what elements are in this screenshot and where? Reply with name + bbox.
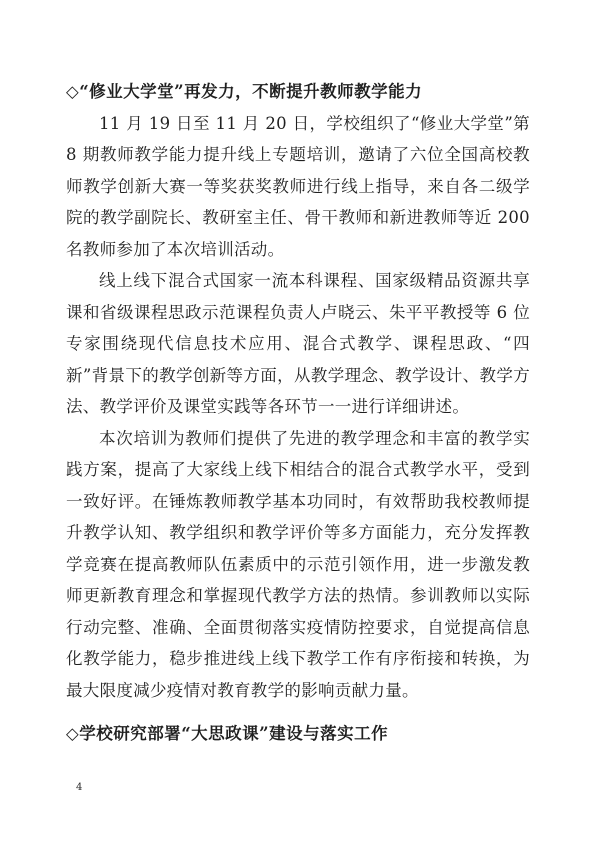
document-page: ◇“修业大学堂”再发力，不断提升教师教学能力 11 月 19 日至 11 月 2… xyxy=(0,0,595,841)
paragraph-experts-topics: 线上线下混合式国家一流本科课程、国家级精品资源共享课和省级课程思政示范课程负责人… xyxy=(66,265,530,423)
page-number: 4 xyxy=(76,782,82,793)
paragraph-training-overview: 11 月 19 日至 11 月 20 日，学校组织了“修业大学堂”第 8 期教师… xyxy=(66,108,530,266)
paragraph-training-outcomes: 本次培训为教师们提供了先进的教学理念和丰富的教学实践方案，提高了大家线上线下相结… xyxy=(66,423,530,707)
section-heading-da-sizhengke: ◇学校研究部署“大思政课”建设与落实工作 xyxy=(66,718,530,750)
section-heading-xiuye-daxuetang: ◇“修业大学堂”再发力，不断提升教师教学能力 xyxy=(66,76,530,108)
page-content: ◇“修业大学堂”再发力，不断提升教师教学能力 11 月 19 日至 11 月 2… xyxy=(66,76,530,750)
